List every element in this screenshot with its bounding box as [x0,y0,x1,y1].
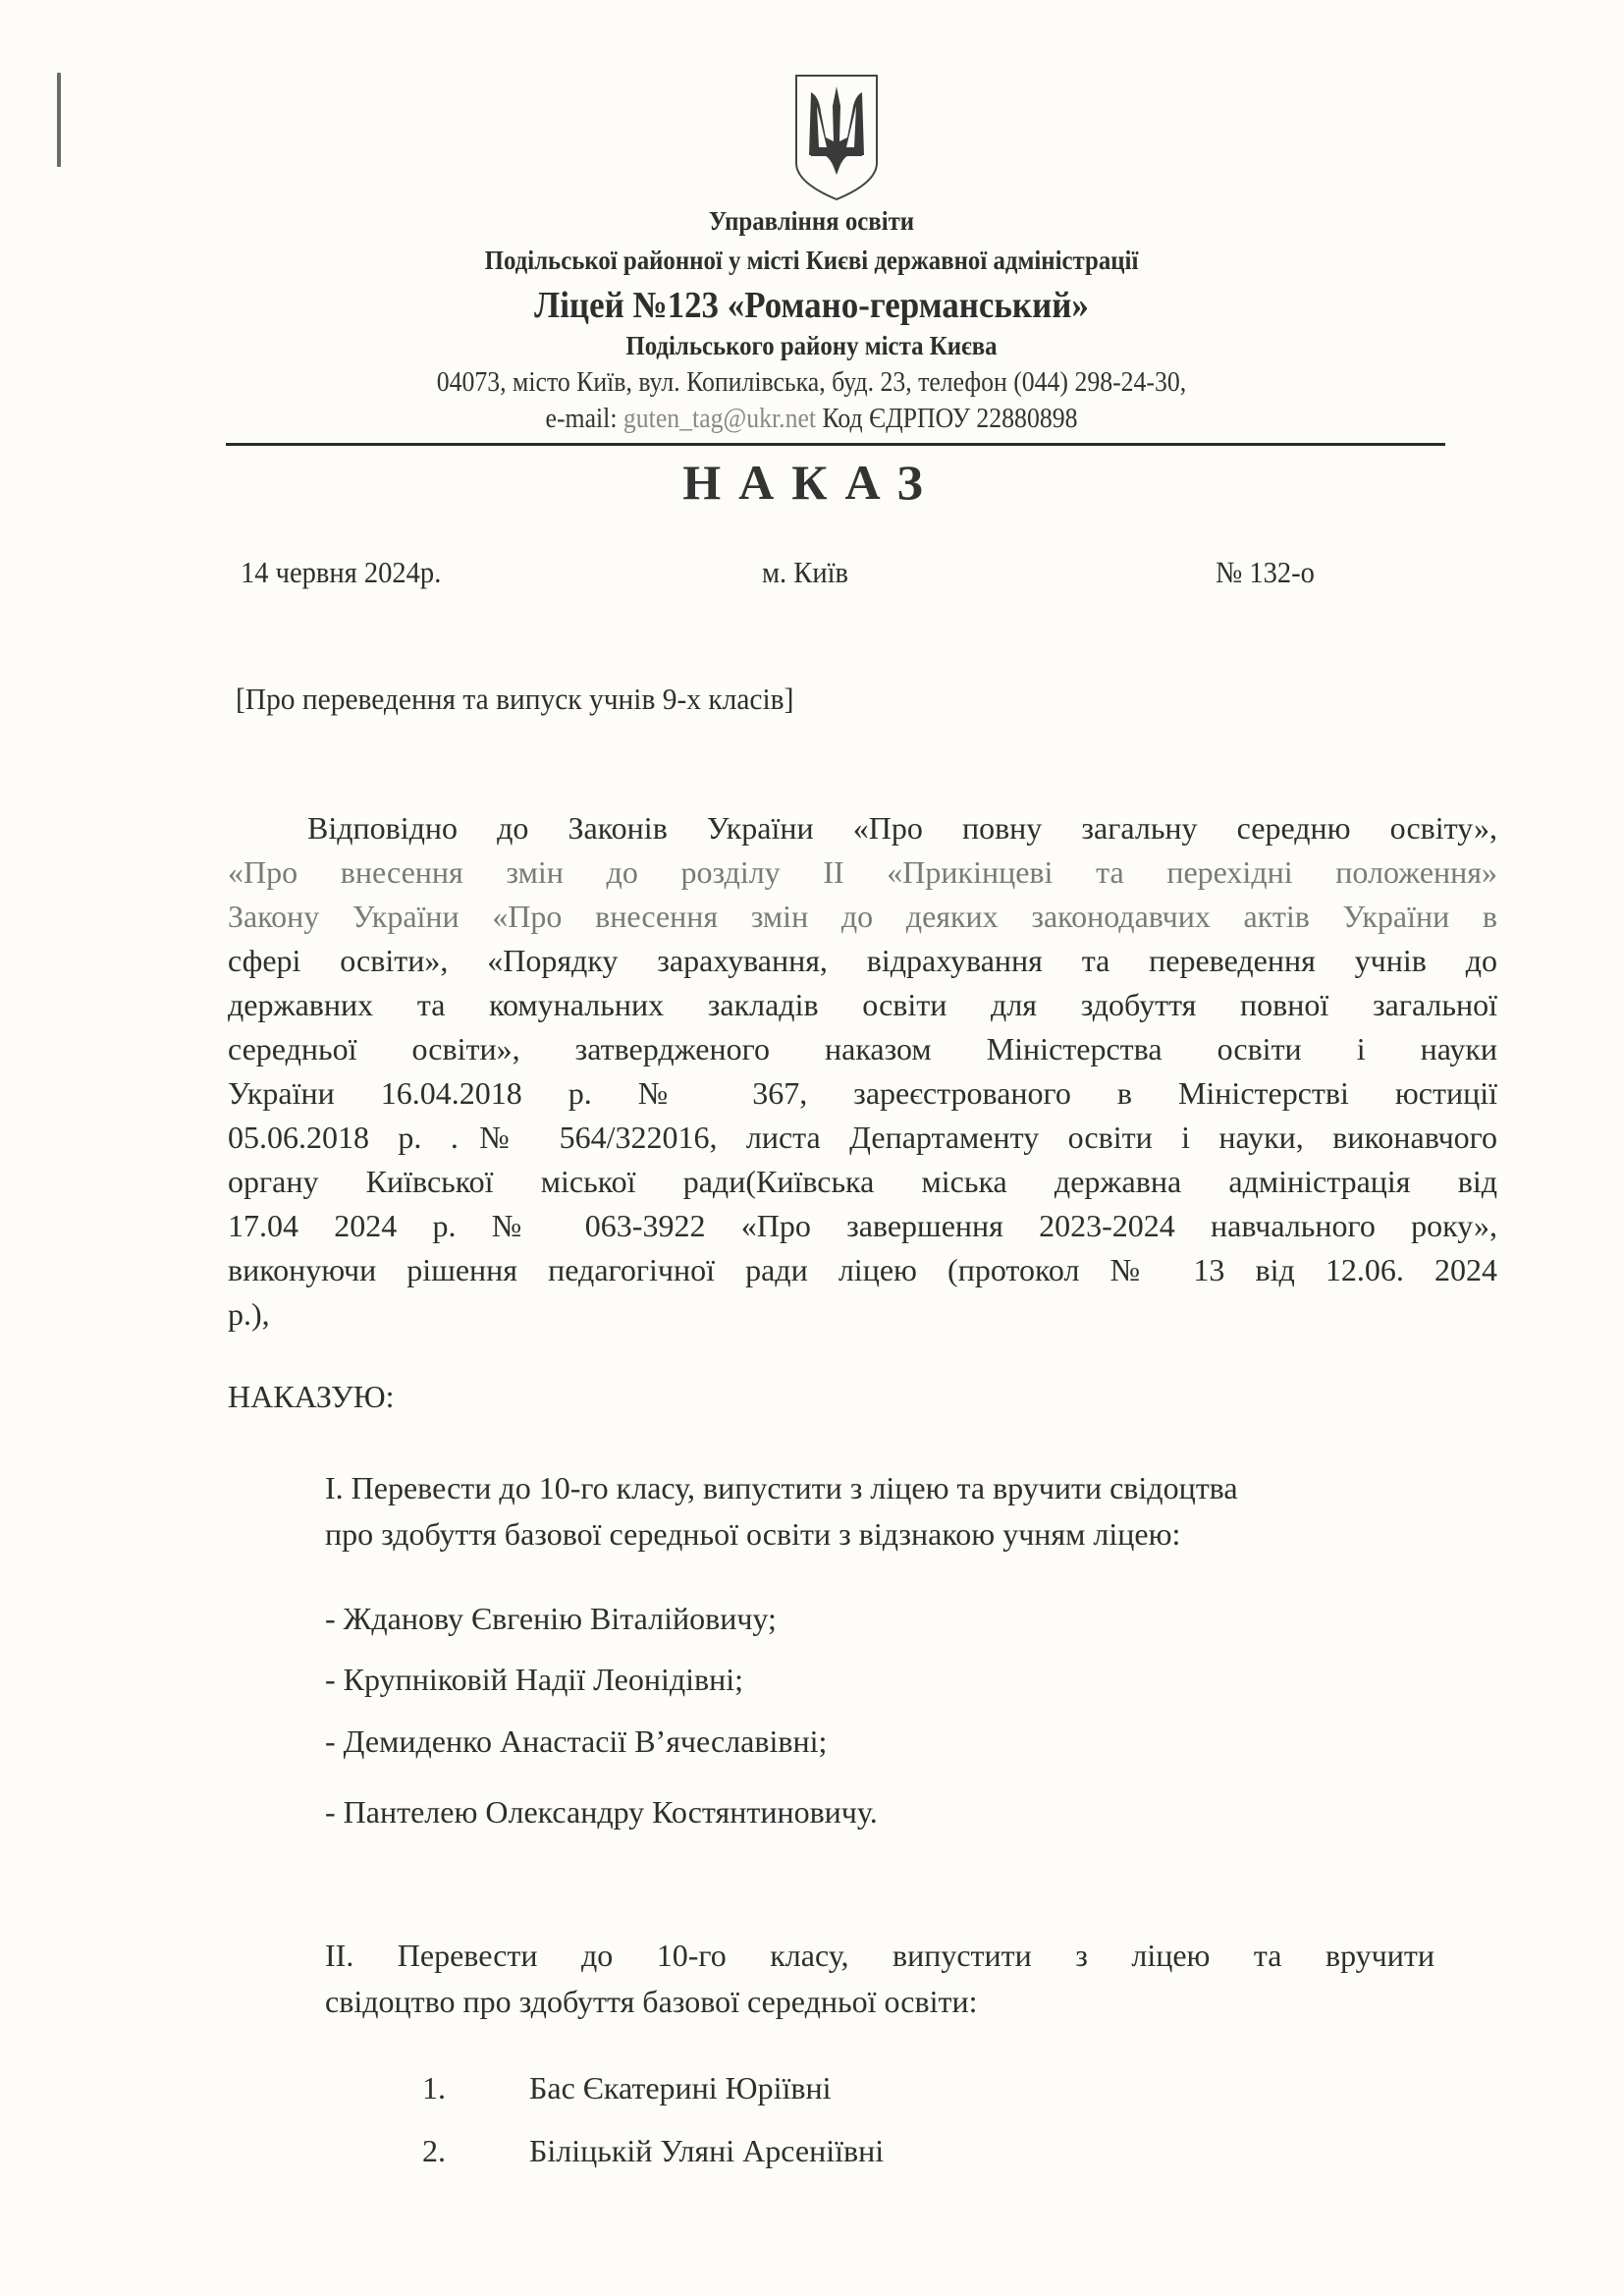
letterhead-department: Управління освіти [65,206,1558,237]
honors-student: - Крупніковій Надії Леонідівні; [325,1660,743,1699]
student-name: Бас Єкатерині Юріївні [529,2068,831,2107]
letterhead-divider [226,443,1445,446]
letterhead-administration: Подільської районної у місті Києві держа… [65,246,1558,276]
preamble-line: України 16.04.2018 р. № 367, зареєстрова… [228,1073,1497,1113]
preamble-line: р.), [228,1294,1497,1334]
section-1-line: І. Перевести до 10-го класу, випустити з… [325,1468,1434,1507]
school-name: Ліцей №123 «Романо-германський» [65,284,1558,327]
student-number: 2. [422,2131,446,2170]
preamble-line: 05.06.2018 р. .№ 564/322016, листа Депар… [228,1118,1497,1157]
order-word: НАКАЗУЮ: [228,1377,395,1416]
order-number: № 132-о [1216,555,1315,590]
section-1-line: про здобуття базової середньої освіти з … [325,1514,1434,1554]
preamble-line: виконуючи рішення педагогічної ради ліце… [228,1250,1497,1289]
preamble-line: «Про внесення змін до розділу ІІ «Прикін… [228,852,1497,892]
honors-student: - Демиденко Анастасії В’ячеславівні; [325,1722,827,1761]
order-city: м. Київ [762,555,848,590]
student-name: Біліцькій Уляні Арсеніївні [529,2131,884,2170]
coat-of-arms-icon [793,73,880,202]
preamble-line: органу Київської міської ради(Київська м… [228,1162,1497,1201]
student-number: 1. [422,2068,446,2107]
preamble-line: 17.04 2024 р. № 063-3922 «Про завершення… [228,1206,1497,1245]
email-label: e-mail: [546,404,623,434]
preamble-line: сфері освіти», «Порядку зарахування, від… [228,941,1497,980]
section-2-line: свідоцтво про здобуття базової середньої… [325,1982,1434,2021]
preamble-line: Відповідно до Законів України «Про повну… [307,808,1497,847]
order-subject: [Про переведення та випуск учнів 9-х кла… [236,682,793,717]
section-2-line: ІІ. Перевести до 10-го класу, випустити … [325,1936,1434,1975]
document-type-title: НАКАЗ [0,454,1623,511]
honors-student: - Пантелею Олександру Костянтиновичу. [325,1792,878,1831]
email-link[interactable]: guten_tag@ukr.net [623,404,816,434]
letterhead-address: 04073, місто Київ, вул. Копилівська, буд… [65,367,1558,399]
letterhead-contacts: e-mail: guten_tag@ukr.net Код ЄДРПОУ 228… [65,404,1558,435]
order-date: 14 червня 2024р. [241,555,441,590]
preamble-line: Закону України «Про внесення змін до дея… [228,897,1497,936]
scan-mark [57,73,61,167]
preamble-line: середньої освіти», затвердженого наказом… [228,1029,1497,1068]
edrpou-code: Код ЄДРПОУ 22880898 [816,404,1077,434]
honors-student: - Жданову Євгенію Віталійовичу; [325,1599,777,1638]
preamble-line: державних та комунальних закладів освіти… [228,985,1497,1024]
letterhead-district: Подільського району міста Києва [65,331,1558,361]
